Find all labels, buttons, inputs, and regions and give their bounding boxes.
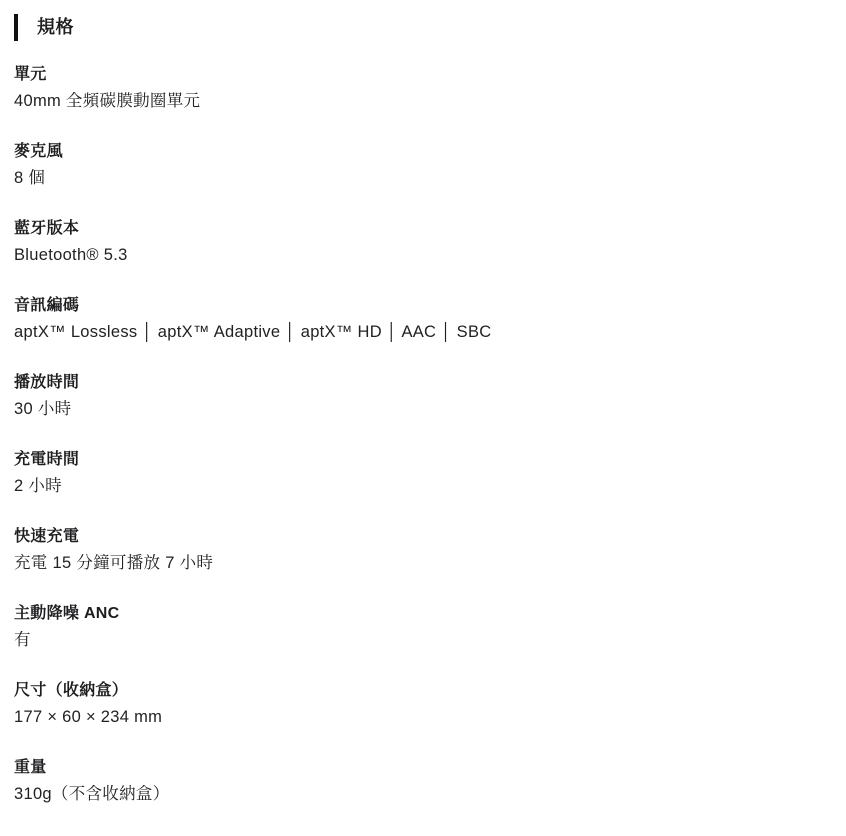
spec-label: 藍牙版本 <box>14 216 826 242</box>
spec-label: 快速充電 <box>14 524 826 550</box>
spec-row: 藍牙版本 Bluetooth® 5.3 <box>14 216 826 268</box>
spec-row: 重量 310g（不含收納盒） <box>14 755 826 807</box>
spec-value: 310g（不含收納盒） <box>14 781 826 807</box>
spec-label: 重量 <box>14 755 826 781</box>
spec-row: 麥克風 8 個 <box>14 139 826 191</box>
spec-label: 尺寸（收納盒） <box>14 678 826 704</box>
spec-value: 40mm 全頻碳膜動圈單元 <box>14 88 826 114</box>
accent-bar <box>14 14 18 41</box>
spec-row: 主動降噪 ANC 有 <box>14 601 826 653</box>
spec-row: 播放時間 30 小時 <box>14 370 826 422</box>
spec-value: Bluetooth® 5.3 <box>14 242 826 268</box>
section-header: 規格 <box>14 14 826 41</box>
spec-value: 2 小時 <box>14 473 826 499</box>
spec-value: 有 <box>14 627 826 653</box>
spec-label: 充電時間 <box>14 447 826 473</box>
spec-value: 30 小時 <box>14 396 826 422</box>
spec-label: 主動降噪 ANC <box>14 601 826 627</box>
spec-row: 單元 40mm 全頻碳膜動圈單元 <box>14 62 826 114</box>
spec-value: 8 個 <box>14 165 826 191</box>
spec-value: 充電 15 分鐘可播放 7 小時 <box>14 550 826 576</box>
spec-row: 音訊編碼 aptX™ Lossless │ aptX™ Adaptive │ a… <box>14 293 826 345</box>
spec-page: 規格 單元 40mm 全頻碳膜動圈單元 麥克風 8 個 藍牙版本 Bluetoo… <box>0 0 846 807</box>
spec-value: aptX™ Lossless │ aptX™ Adaptive │ aptX™ … <box>14 319 826 345</box>
section-title: 規格 <box>37 14 74 41</box>
spec-row: 尺寸（收納盒） 177 × 60 × 234 mm <box>14 678 826 730</box>
spec-list: 單元 40mm 全頻碳膜動圈單元 麥克風 8 個 藍牙版本 Bluetooth®… <box>14 62 826 807</box>
spec-label: 播放時間 <box>14 370 826 396</box>
spec-label: 音訊編碼 <box>14 293 826 319</box>
spec-row: 充電時間 2 小時 <box>14 447 826 499</box>
spec-row: 快速充電 充電 15 分鐘可播放 7 小時 <box>14 524 826 576</box>
spec-label: 麥克風 <box>14 139 826 165</box>
spec-label: 單元 <box>14 62 826 88</box>
spec-value: 177 × 60 × 234 mm <box>14 704 826 730</box>
